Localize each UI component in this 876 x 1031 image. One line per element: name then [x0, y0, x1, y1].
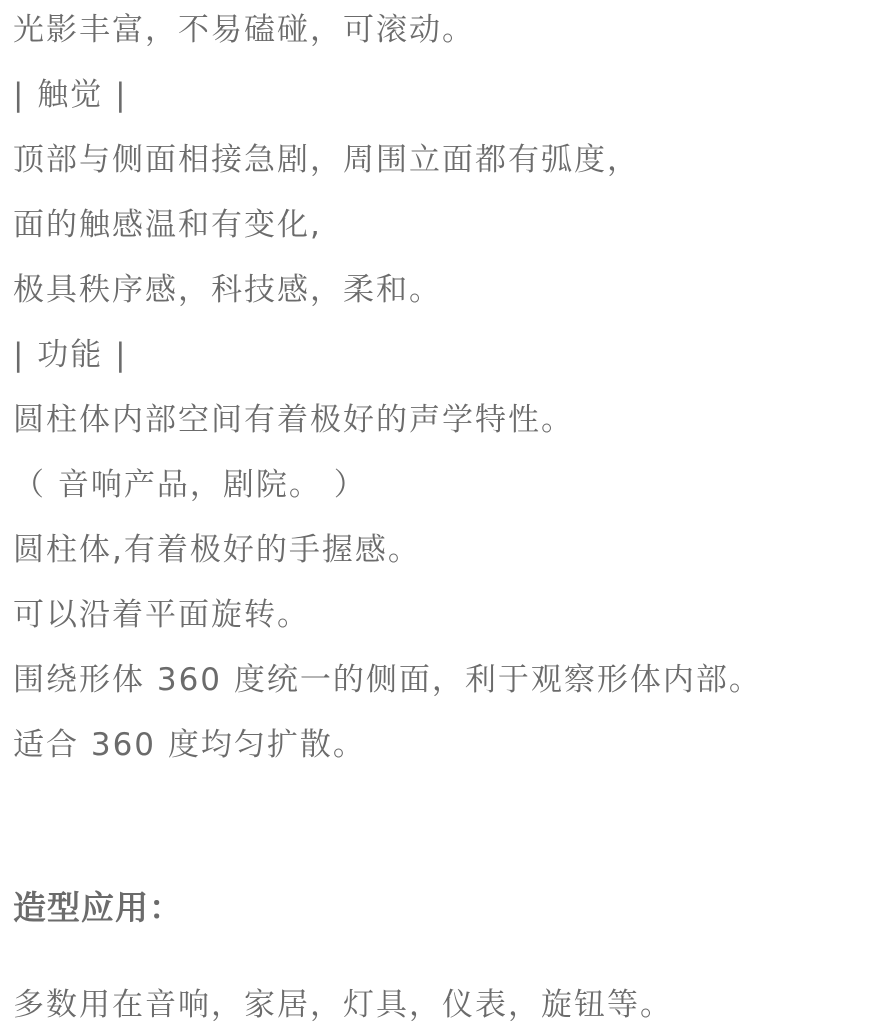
section-label-function: | 功能 | — [13, 335, 128, 375]
paragraph-touch-2: 面的触感温和有变化, — [13, 205, 322, 245]
paragraph-light-shadow: 光影丰富，不易磕碰，可滚动。 — [13, 10, 475, 50]
paragraph-touch-3: 极具秩序感，科技感，柔和。 — [13, 270, 442, 310]
section-label-touch: | 触觉 | — [13, 75, 128, 115]
paragraph-function-5: 围绕形体 360 度统一的侧面，利于观察形体内部。 — [13, 660, 762, 700]
paragraph-function-6: 适合 360 度均匀扩散。 — [13, 725, 366, 765]
section-heading-application: 造型应用： — [13, 886, 183, 930]
paragraph-touch-1: 顶部与侧面相接急剧，周围立面都有弧度， — [13, 140, 640, 180]
paragraph-function-2: （ 音响产品，剧院。 ） — [13, 465, 367, 505]
paragraph-function-1: 圆柱体内部空间有着极好的声学特性。 — [13, 400, 574, 440]
paragraph-function-3: 圆柱体,有着极好的手握感。 — [13, 530, 421, 570]
paragraph-function-4: 可以沿着平面旋转。 — [13, 595, 310, 635]
paragraph-application: 多数用在音响，家居，灯具，仪表，旋钮等。 — [13, 985, 673, 1025]
